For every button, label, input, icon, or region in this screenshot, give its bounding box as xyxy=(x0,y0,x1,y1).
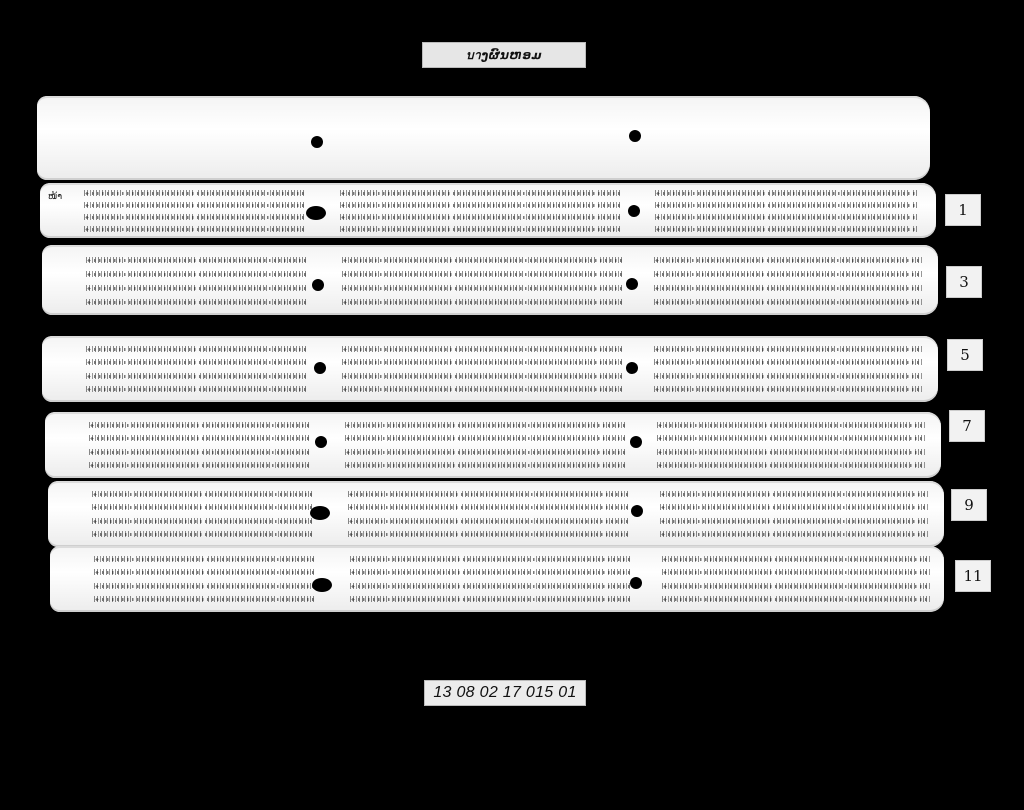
script-line xyxy=(654,371,922,381)
script-line xyxy=(655,188,917,198)
script-line xyxy=(94,581,316,591)
binding-hole-right xyxy=(626,278,638,290)
text-lines-left xyxy=(84,188,306,234)
script-line xyxy=(350,554,630,564)
text-lines-center xyxy=(342,344,622,394)
script-line xyxy=(84,212,306,222)
binding-hole-left xyxy=(311,136,323,148)
manuscript-title-label: บาງຜົນຫອມ xyxy=(422,42,586,68)
binding-hole-right xyxy=(630,436,642,448)
script-line xyxy=(654,255,922,265)
script-line xyxy=(340,212,620,222)
text-lines-center xyxy=(342,255,622,307)
text-lines-center xyxy=(340,188,620,234)
script-line xyxy=(350,567,630,577)
script-line xyxy=(657,433,925,443)
page-number-label: 11 xyxy=(955,560,991,592)
script-line xyxy=(654,297,922,307)
page-number-label: 1 xyxy=(945,194,981,226)
palm-leaf-page-7 xyxy=(45,412,941,478)
binding-hole-left xyxy=(306,206,326,220)
script-line xyxy=(92,516,314,526)
binding-hole-left xyxy=(312,279,324,291)
script-line xyxy=(345,460,625,470)
script-line xyxy=(345,420,625,430)
binding-hole-right xyxy=(630,577,642,589)
script-line xyxy=(340,188,620,198)
binding-hole-left xyxy=(312,578,332,592)
script-line xyxy=(654,344,922,354)
script-line xyxy=(86,371,308,381)
script-line xyxy=(655,224,917,234)
text-lines-right xyxy=(654,344,922,394)
page-number-label: 7 xyxy=(949,410,985,442)
script-line xyxy=(340,224,620,234)
text-lines-right xyxy=(662,554,930,604)
binding-hole-right xyxy=(628,205,640,217)
page-number-label: 3 xyxy=(946,266,982,298)
script-line xyxy=(662,567,930,577)
text-lines-left xyxy=(86,344,308,394)
binding-hole-left xyxy=(314,362,326,374)
palm-leaf-page-9 xyxy=(48,481,944,547)
script-line xyxy=(348,502,628,512)
script-line xyxy=(84,200,306,210)
script-line xyxy=(89,420,311,430)
text-lines-right xyxy=(657,420,925,470)
script-line xyxy=(654,269,922,279)
binding-hole-left xyxy=(310,506,330,520)
script-line xyxy=(84,224,306,234)
script-line xyxy=(662,554,930,564)
script-line xyxy=(662,581,930,591)
script-line xyxy=(660,502,928,512)
page-number-label: 5 xyxy=(947,339,983,371)
script-line xyxy=(657,420,925,430)
script-line xyxy=(654,283,922,293)
script-line xyxy=(662,594,930,604)
script-line xyxy=(342,297,622,307)
binding-hole-right xyxy=(626,362,638,374)
text-lines-left xyxy=(86,255,308,307)
text-lines-center xyxy=(350,554,630,604)
script-line xyxy=(660,516,928,526)
text-lines-right xyxy=(654,255,922,307)
script-line xyxy=(655,212,917,222)
text-lines-left xyxy=(92,489,314,539)
binding-hole-right xyxy=(631,505,643,517)
text-lines-left xyxy=(94,554,316,604)
script-line xyxy=(342,344,622,354)
palm-leaf-page-1: ໜ້າ xyxy=(40,183,936,238)
palm-leaf-page-5 xyxy=(42,336,938,402)
script-line xyxy=(657,460,925,470)
script-line xyxy=(657,447,925,457)
binding-hole-left xyxy=(315,436,327,448)
script-line xyxy=(89,447,311,457)
script-line xyxy=(654,384,922,394)
text-lines-right xyxy=(660,489,928,539)
script-line xyxy=(655,200,917,210)
text-lines-center xyxy=(348,489,628,539)
binding-hole-right xyxy=(629,130,641,142)
script-line xyxy=(345,447,625,457)
palm-leaf-blank-cover xyxy=(37,96,930,180)
script-line xyxy=(86,297,308,307)
script-line xyxy=(342,283,622,293)
script-line xyxy=(86,384,308,394)
script-line xyxy=(342,269,622,279)
script-line xyxy=(660,529,928,539)
script-line xyxy=(342,371,622,381)
script-line xyxy=(348,516,628,526)
script-line xyxy=(86,283,308,293)
palm-leaf-page-3 xyxy=(42,245,938,315)
script-line xyxy=(340,200,620,210)
script-line xyxy=(94,554,316,564)
script-line xyxy=(348,529,628,539)
archive-id-label: 13 08 02 17 015 01 xyxy=(424,680,586,706)
script-line xyxy=(89,460,311,470)
page-number-label: 9 xyxy=(951,489,987,521)
script-line xyxy=(84,188,306,198)
script-line xyxy=(94,567,316,577)
script-line xyxy=(92,489,314,499)
text-lines-right xyxy=(655,188,917,234)
script-line xyxy=(94,594,316,604)
script-line xyxy=(342,357,622,367)
script-line xyxy=(660,489,928,499)
text-lines-left xyxy=(89,420,311,470)
script-line xyxy=(342,255,622,265)
script-line xyxy=(92,502,314,512)
script-line xyxy=(350,581,630,591)
script-line xyxy=(86,269,308,279)
margin-note: ໜ້າ xyxy=(48,192,62,202)
palm-leaf-page-11 xyxy=(50,546,944,612)
script-line xyxy=(345,433,625,443)
script-line xyxy=(342,384,622,394)
script-line xyxy=(92,529,314,539)
script-line xyxy=(348,489,628,499)
text-lines-center xyxy=(345,420,625,470)
script-line xyxy=(86,357,308,367)
script-line xyxy=(86,255,308,265)
script-line xyxy=(350,594,630,604)
script-line xyxy=(89,433,311,443)
script-line xyxy=(654,357,922,367)
script-line xyxy=(86,344,308,354)
